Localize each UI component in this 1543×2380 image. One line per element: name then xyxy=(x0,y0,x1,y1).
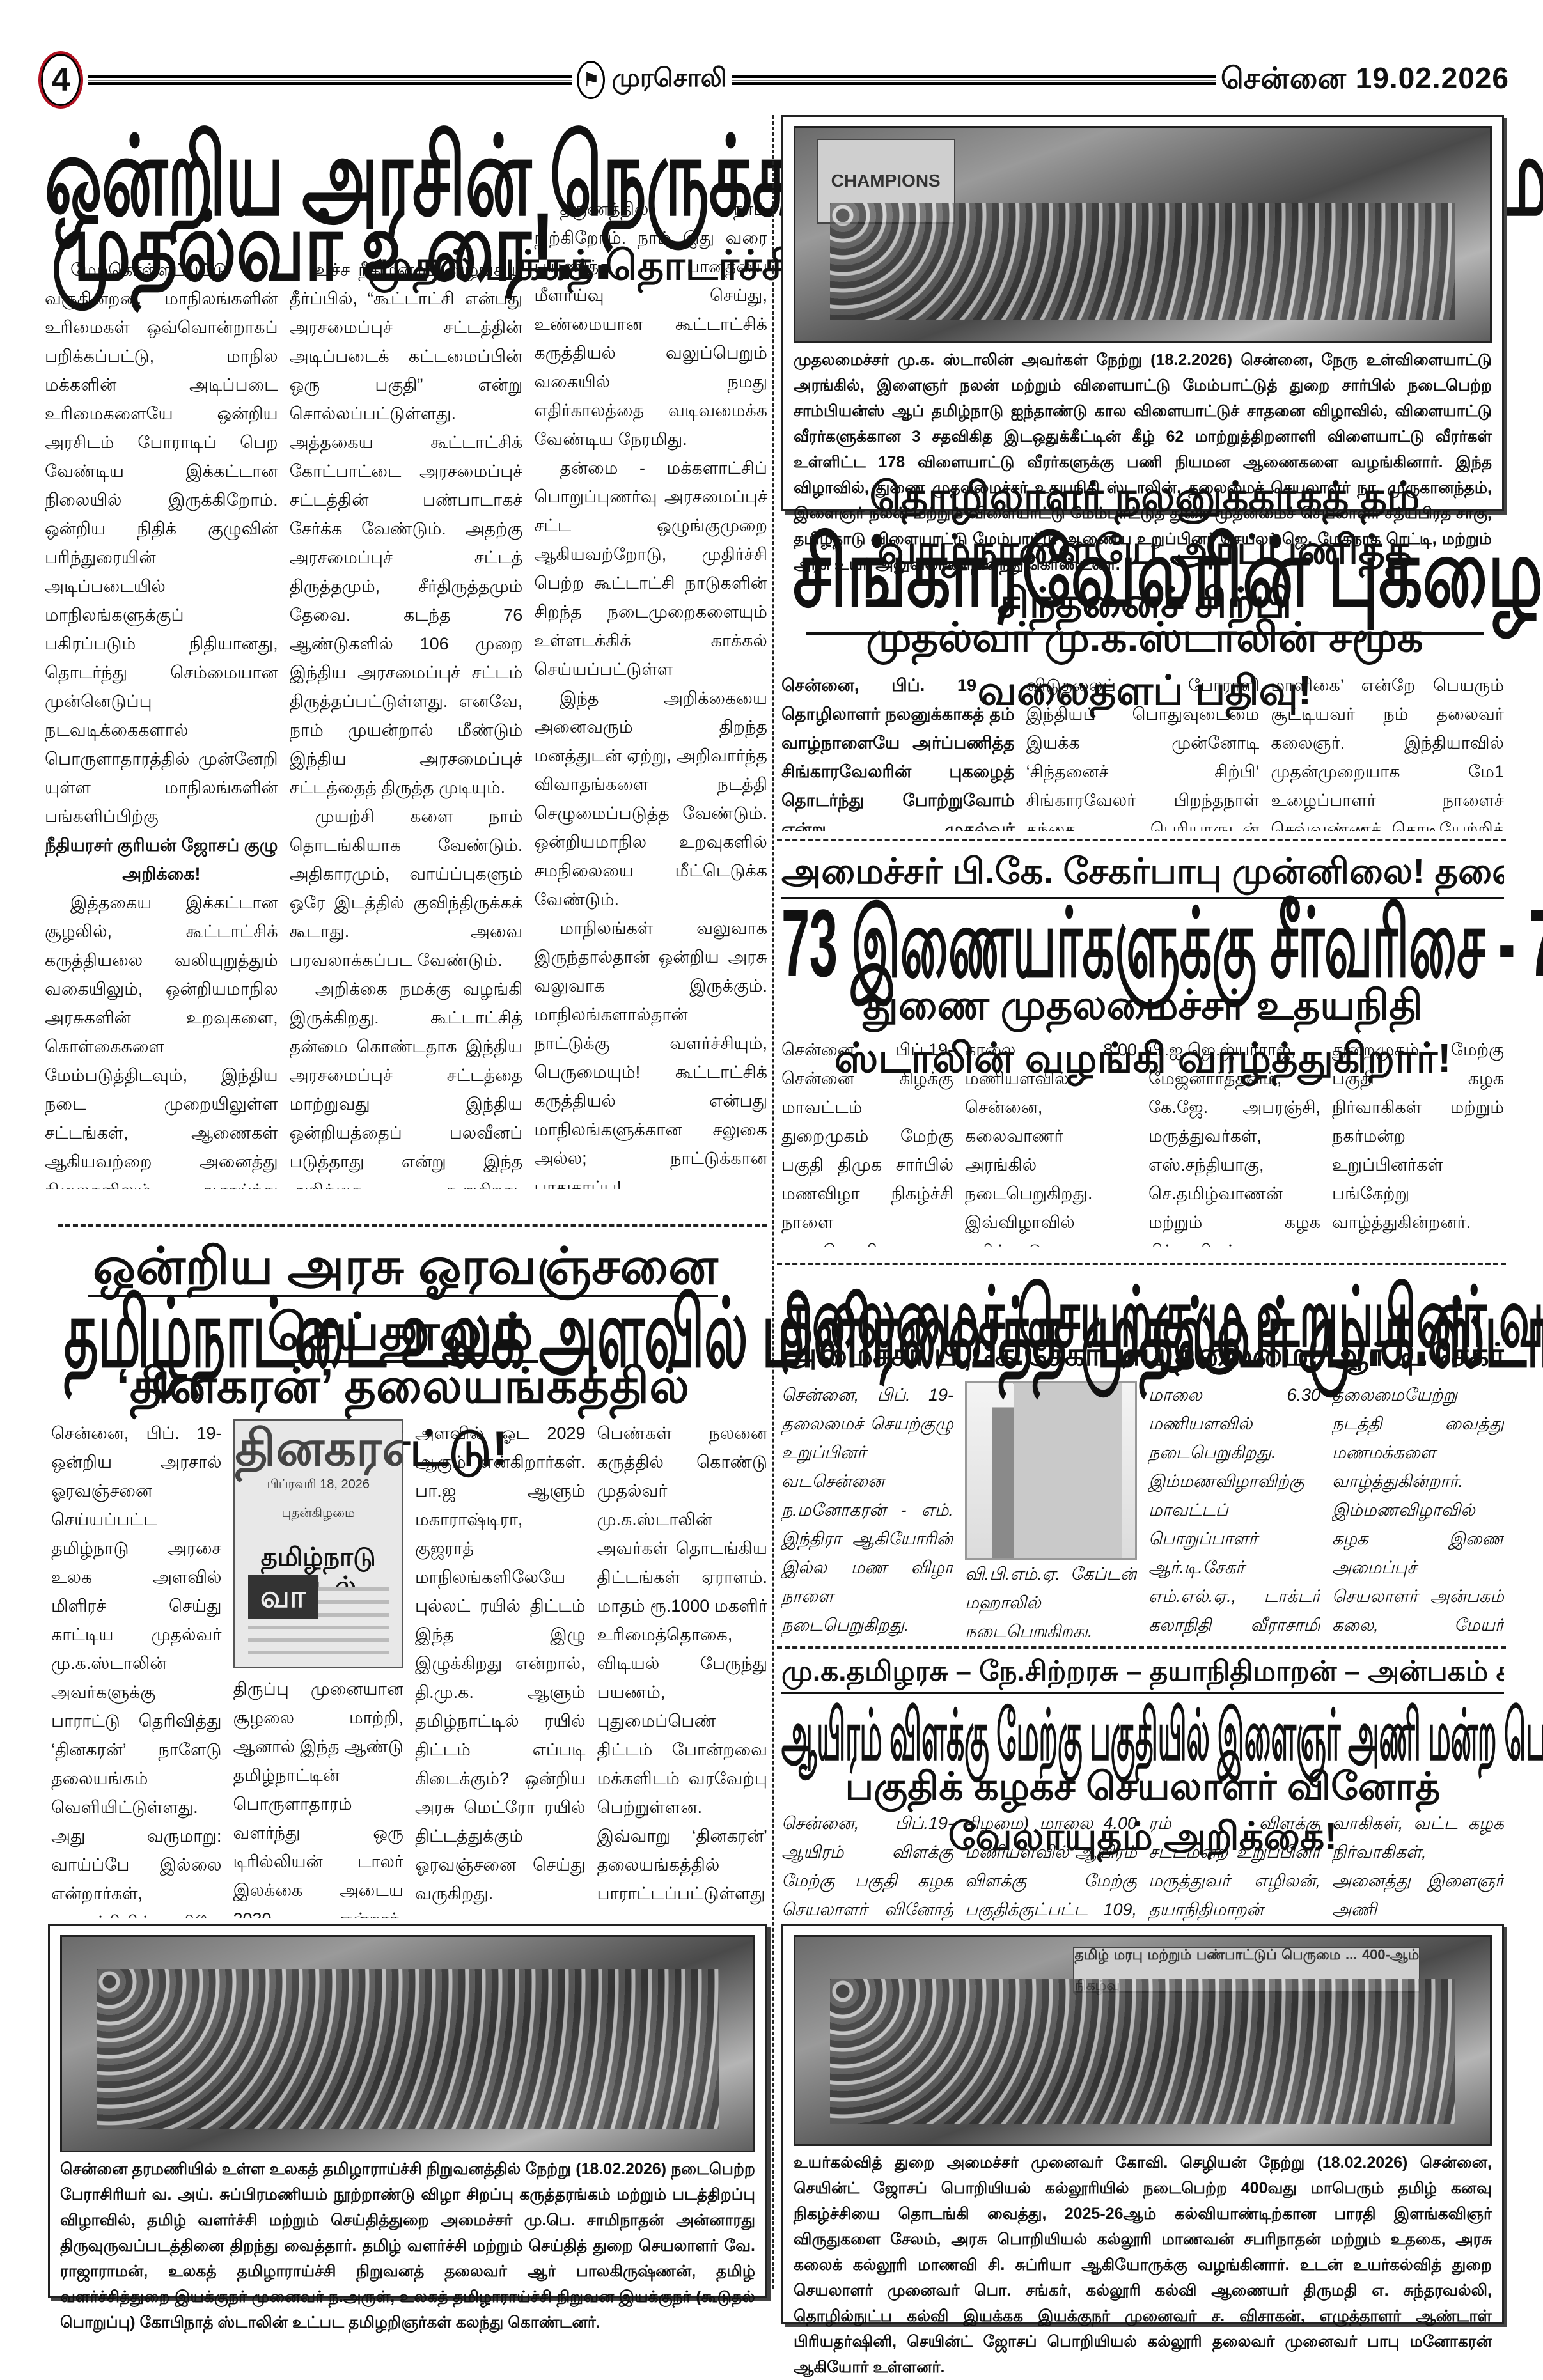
masthead: 4 ⚑ முரசொலி சென்னை 19.02.2026 xyxy=(38,51,1509,109)
masthead-rule-right xyxy=(732,75,1215,85)
column-divider xyxy=(772,115,774,2289)
dinakaran-col-2: தினகரன் பிப்ரவரி 18, 2026 புதன்கிழமை தமி… xyxy=(233,1419,404,1918)
masthead-rule-left xyxy=(88,75,572,85)
paper-name: முரசொலி xyxy=(611,64,726,96)
lead-paragraph: இத்தகைய இக்கட்டான சூழலில், கூட்டாட்சிக் … xyxy=(45,889,278,1189)
dinakaran-body: சென்னை, பிப். 19- ஒன்றிய அரசால் ஓரவஞ்சனை… xyxy=(51,1419,767,1918)
lead-paragraph: இந்த அறிக்கையை அனைவரும் திறந்த மனத்துடன்… xyxy=(534,684,767,914)
namepalagai-headline: ஆயிரம் விளக்கு மேற்கு பகுதியில் இளைஞர் அ… xyxy=(781,1700,1543,1771)
bottom-left-caption: சென்னை தரமணியில் உள்ள உலகத் தமிழாராய்ச்ச… xyxy=(60,2156,755,2335)
singaravelar-headline: சிங்காரவேலரின் புகழை தொடர்ந்து போற்றுவோம… xyxy=(793,524,1543,620)
groom-figure xyxy=(1014,1381,1122,1558)
lead-col-3: தருணத்தில் நாம் நிற்கிறோம். நாம் இது வரை… xyxy=(534,195,767,1189)
portrait-unveiling-photo xyxy=(60,1935,755,2152)
award-presentation-photo: தமிழ் மரபு மற்றும் பண்பாட்டுப் பெருமை ..… xyxy=(794,1935,1492,2146)
singaravelar-body: சென்னை, பிப். 19 - தொழிலாளர் நலனுக்காகத்… xyxy=(781,671,1504,831)
lead-col-2: உச்ச நீதிமன்றம் வழங்கிய தீர்ப்பில், “கூட… xyxy=(290,256,523,1189)
paper-brand: ⚑ முரசொலி xyxy=(577,61,726,99)
section-divider xyxy=(777,839,1506,841)
wedding-body: சென்னை, பிப். 19- தலைமைச் செயற்குழு உறுப… xyxy=(781,1381,1504,1637)
top-photo-box: CHAMPIONS முதலமைச்சர் மு.க. ஸ்டாலின் அவர… xyxy=(781,115,1504,511)
seervarisai-col-4: துறைமுகம் மேற்கு பகுதி கழக நிர்வாகிகள் ம… xyxy=(1332,1036,1504,1247)
section-divider xyxy=(777,1646,1506,1649)
dinakaran-col-4: பெண்கள் நலனை கருத்தில் கொண்டு முதல்வர் ம… xyxy=(597,1419,768,1918)
dateline: சென்னை 19.02.2026 xyxy=(1221,61,1509,100)
seervarisai-headline: 73 இணையர்களுக்கு சீர்வரிசை - 77 கழக மகளி… xyxy=(781,895,1543,991)
dinakaran-clipping: தினகரன் பிப்ரவரி 18, 2026 புதன்கிழமை தமி… xyxy=(233,1419,404,1668)
lead-paragraph: உச்ச நீதிமன்றம் வழங்கிய தீர்ப்பில், “கூட… xyxy=(290,256,523,802)
section-divider xyxy=(777,1263,1506,1265)
bottom-right-photo-box: தமிழ் மரபு மற்றும் பண்பாட்டுப் பெருமை ..… xyxy=(781,1924,1504,2324)
dinakaran-col-2-text: திருப்பு முனையான சூழலை மாற்றி, ஆனால் இந்… xyxy=(233,1675,404,1918)
dinakaran-col-3: அளவில் ஓட 2029 ஆகும் என்கிறார்கள். பா.ஜ … xyxy=(415,1419,586,1918)
singaravelar-col-2: விடுதலைப் போராளி இந்தியப் பொதுவுடைமை இயக… xyxy=(1026,671,1260,831)
lead-paragraph: மேற்கொள்ளப்பட்டு வருகின்றன. மாநிலங்களின்… xyxy=(45,256,278,831)
wedding-couple-photo xyxy=(965,1381,1137,1560)
rooster-logo-icon: ⚑ xyxy=(577,61,605,99)
bottom-right-caption: உயர்கல்வித் துறை அமைச்சர் முனைவர் கோவி. … xyxy=(794,2150,1492,2380)
wedding-col-4: தலைமையேற்று நடத்தி வைத்து மணமக்களை வாழ்த… xyxy=(1332,1381,1504,1637)
lead-paragraph: முயற்சி களை நாம் தொடங்கியாக வேண்டும். அத… xyxy=(290,802,523,975)
clipping-date: பிப்ரவரி 18, 2026 புதன்கிழமை xyxy=(235,1470,402,1528)
section-divider xyxy=(58,1224,767,1227)
lead-paragraph: மாநிலங்கள் வலுவாக இருந்தால்தான் ஒன்றிய அ… xyxy=(534,914,767,1189)
seervarisai-col-2: காலை 8.00 மணியளவில் சென்னை, கலைவாணர் அரங… xyxy=(965,1036,1137,1247)
photo-people xyxy=(97,1969,719,2129)
clipping-dropcap: வா xyxy=(248,1575,318,1619)
wedding-col-1: சென்னை, பிப். 19- தலைமைச் செயற்குழு உறுப… xyxy=(781,1381,953,1637)
wedding-col-3: மாலை 6.30 மணியளவில் நடைபெறுகிறது. இம்மணவ… xyxy=(1148,1381,1320,1637)
wedding-photo-caption: வி.பி.எம்.ஏ. கேப்டன் மஹாலில் நடைபெறுகிறத… xyxy=(965,1560,1137,1637)
lead-col-subhead: நீதியரசர் குரியன் ஜோசப் குழு அறிக்கை! xyxy=(45,831,278,889)
seervarisai-col-3: பி.ஐ.ஜெ.ஜ்யாராஜ், மேஜனார்த்தனம், கே.ஜே. … xyxy=(1148,1036,1320,1247)
wedding-col-2: வி.பி.எம்.ஏ. கேப்டன் மஹாலில் நடைபெறுகிறத… xyxy=(965,1381,1137,1637)
seervarisai-body: சென்னை, பிப்.19- சென்னை கிழக்கு மாவட்டம்… xyxy=(781,1036,1504,1247)
singaravelar-col-3: மாளிகை’ என்றே பெயரும் சூட்டியவர் நம் தலை… xyxy=(1271,671,1504,831)
award-ceremony-photo: CHAMPIONS xyxy=(794,126,1492,343)
lead-col-1: மேற்கொள்ளப்பட்டு வருகின்றன. மாநிலங்களின்… xyxy=(45,256,278,1189)
dinakaran-col-1: சென்னை, பிப். 19- ஒன்றிய அரசால் ஓரவஞ்சனை… xyxy=(51,1419,222,1918)
photo-people xyxy=(830,1979,1455,2124)
lead-paragraph: தன்மை - மக்களாட்சிப் பொறுப்புணர்வு அரசமை… xyxy=(534,454,767,684)
seervarisai-col-1: சென்னை, பிப்.19- சென்னை கிழக்கு மாவட்டம்… xyxy=(781,1036,953,1247)
namepalagai-kicker: மு.க.தமிழரசு – நே.சிற்றரசு – தயாநிதிமாறன… xyxy=(781,1656,1504,1694)
lead-paragraph: அறிக்கை நமக்கு வழங்கி இருக்கிறது. கூட்டா… xyxy=(290,975,523,1189)
clipping-title: தினகரன் xyxy=(235,1434,402,1463)
lead-paragraph: தருணத்தில் நாம் நிற்கிறோம். நாம் இது வரை… xyxy=(534,195,767,454)
lead-body: மேற்கொள்ளப்பட்டு வருகின்றன. மாநிலங்களின்… xyxy=(45,256,767,1189)
bottom-left-photo-box: சென்னை தரமணியில் உள்ள உலகத் தமிழாராய்ச்ச… xyxy=(48,1924,767,2298)
page-number: 4 xyxy=(38,51,83,109)
singaravelar-col-1: சென்னை, பிப். 19 - தொழிலாளர் நலனுக்காகத்… xyxy=(781,671,1015,831)
photo-crowd xyxy=(830,203,1455,320)
